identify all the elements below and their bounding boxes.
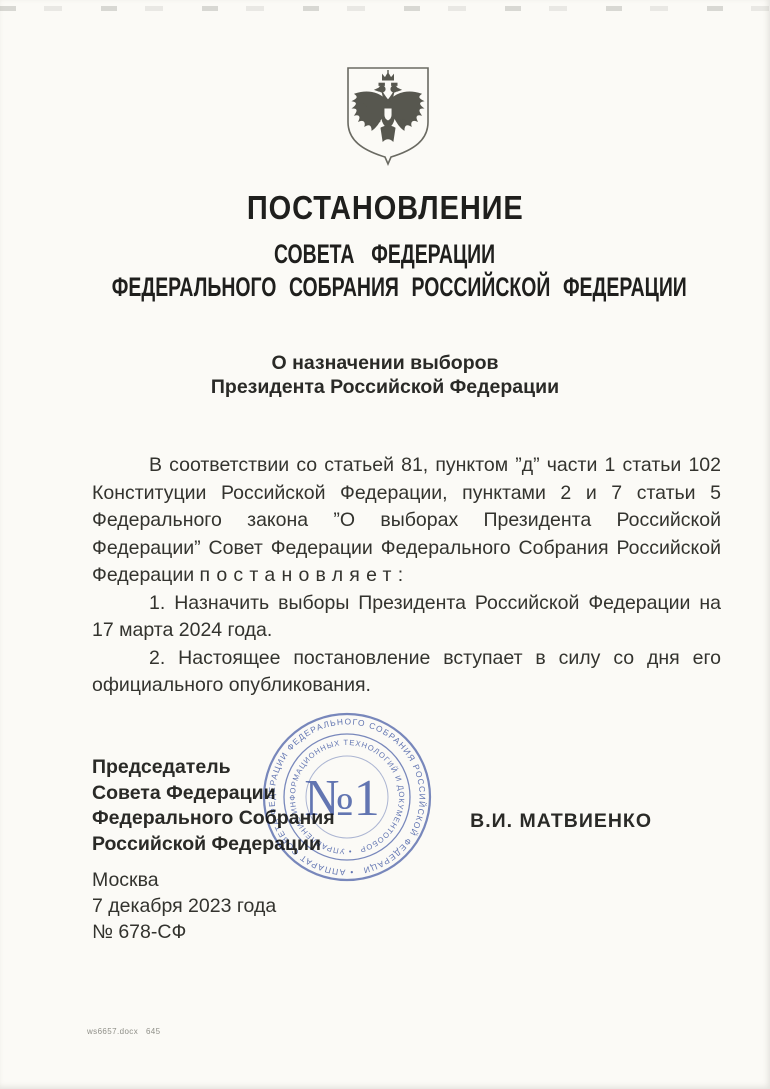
signer-name: В.И. МАТВИЕНКО bbox=[470, 810, 652, 833]
document-body: В соответствии со статьей 81, пунктом ”д… bbox=[92, 452, 721, 700]
paragraph-item-1: 1. Назначить выборы Президента Российско… bbox=[92, 590, 721, 645]
issuance-block: Москва 7 декабря 2023 года № 678-СФ bbox=[92, 867, 276, 945]
document-heading: ПОСТАНОВЛЕНИЕ СОВЕТА ФЕДЕРАЦИИ ФЕДЕРАЛЬН… bbox=[0, 189, 770, 303]
issuance-date: 7 декабря 2023 года bbox=[92, 893, 276, 919]
paragraph-item-2: 2. Настоящее постановление вступает в си… bbox=[92, 645, 721, 700]
stamp-number: №1 bbox=[304, 770, 380, 827]
subject-line-2: Президента Российской Федерации bbox=[0, 375, 770, 399]
doc-type-title: ПОСТАНОВЛЕНИЕ bbox=[247, 189, 524, 227]
issuance-city: Москва bbox=[92, 867, 276, 893]
paragraph-preamble: В соответствии со статьей 81, пунктом ”д… bbox=[92, 452, 721, 590]
document-subject: О назначении выборов Президента Российск… bbox=[0, 351, 770, 399]
preamble-emphasis: постановляет: bbox=[200, 564, 410, 586]
scan-artifact-strip bbox=[0, 6, 770, 11]
russian-coat-of-arms-icon bbox=[342, 64, 434, 168]
issuer-line-2: ФЕДЕРАЛЬНОГО СОБРАНИЯ РОССИЙСКОЙ ФЕДЕРАЦ… bbox=[0, 272, 770, 303]
document-number: № 678-СФ bbox=[92, 919, 276, 945]
document-page: ПОСТАНОВЛЕНИЕ СОВЕТА ФЕДЕРАЦИИ ФЕДЕРАЛЬН… bbox=[0, 0, 770, 1089]
coat-of-arms bbox=[342, 64, 434, 168]
subject-line-1: О назначении выборов bbox=[0, 351, 770, 375]
stamp-seal-icon: • АППАРАТ СОВЕТА ФЕДЕРАЦИИ ФЕДЕРАЛЬНОГО … bbox=[261, 711, 433, 883]
double-headed-eagle bbox=[353, 70, 423, 141]
footer-doc-reference: ws6657.docx 645 bbox=[87, 1027, 161, 1036]
issuer-line-1: СОВЕТА ФЕДЕРАЦИИ bbox=[0, 239, 770, 270]
registry-stamp: • АППАРАТ СОВЕТА ФЕДЕРАЦИИ ФЕДЕРАЛЬНОГО … bbox=[261, 711, 433, 883]
